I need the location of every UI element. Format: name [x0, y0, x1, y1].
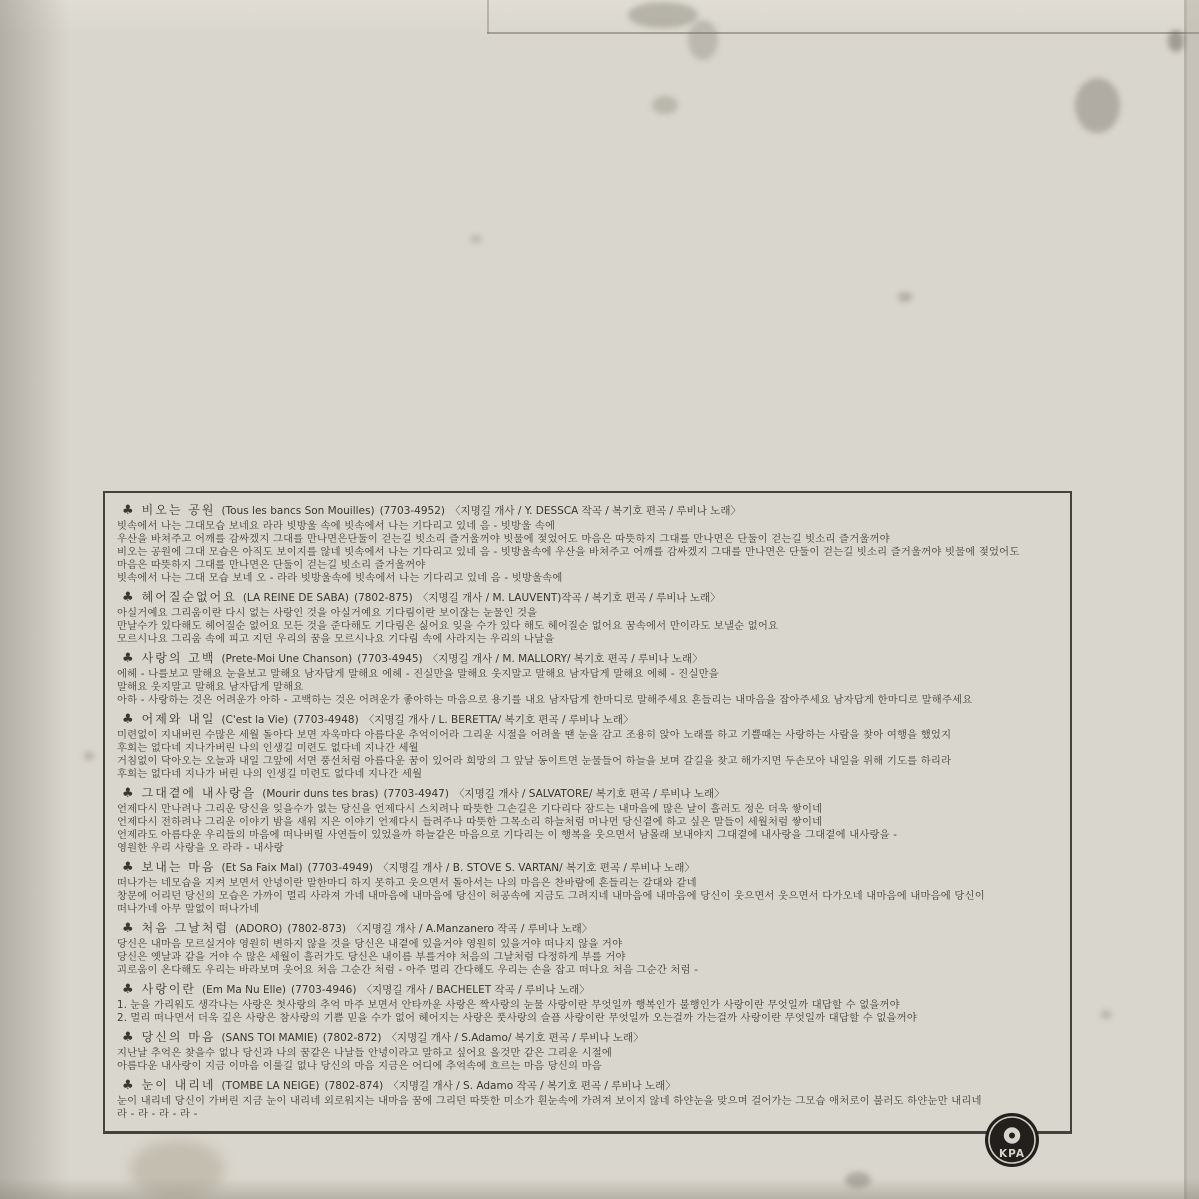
lyric-line: 만날수가 있다해도 헤어질순 없어요 모든 것을 준다해도 기다림은 싫어요 잊…: [117, 620, 1062, 633]
song-credits: 〈지명길 개사 / S. Adamo 작곡 / 복기호 편곡 / 루비나 노래〉: [388, 1080, 676, 1092]
paper-stain: [652, 96, 678, 114]
song-title-korean: 비오는 공원: [142, 503, 216, 517]
kpa-record-icon: KPA: [984, 1112, 1040, 1168]
club-suit-icon: ♣: [122, 1078, 134, 1093]
sleeve-top-seam-band: [0, 0, 1199, 33]
lyric-line: 거침없이 닥아오는 오늘과 내일 그앞에 서면 풍선처럼 아름다운 꿈이 있어라…: [117, 755, 1062, 768]
paper-stain: [898, 292, 912, 302]
catalog-number: (7802-872): [323, 1032, 382, 1044]
lyric-line: 후회는 없다네 지나가 버린 나의 인생길 미련도 없다네 지나간 세월: [117, 768, 1062, 781]
kpa-logo: KPA: [984, 1112, 1040, 1168]
lyric-line: 당신은 내마음 모르실거야 영원히 변하지 않을 것을 당신은 내곁에 있을거야…: [117, 938, 1062, 951]
paper-stain: [845, 1172, 871, 1188]
song-title-line: ♣사랑이란(Em Ma Nu Elle)(7703-4946)〈지명길 개사 /…: [122, 981, 1062, 998]
song-entry: ♣비오는 공원(Tous les bancs Son Mouilles)(770…: [117, 502, 1062, 585]
lyric-line: 마음은 따뜻하지 그대를 만나면은 단둘이 걷는길 빗소리 즐거울꺼야: [117, 559, 1062, 572]
song-credits: 〈지명길 개사 / BACHELET 작곡 / 루비나 노래〉: [361, 984, 589, 996]
lyric-line: 언제다시 전하려나 그리운 이야기 밤을 새워 지은 이야기 언제다시 들려주나…: [117, 816, 1062, 829]
song-entry: ♣헤어질순없어요(LA REINE DE SABA)(7802-875)〈지명길…: [117, 589, 1062, 646]
song-lyrics: 지난날 추억은 찾을수 없나 당신과 나의 꿈같은 나날들 안녕이라고 말하고 …: [117, 1047, 1062, 1073]
song-entry: ♣어제와 내일(C'est la Vie)(7703-4948)〈지명길 개사 …: [117, 711, 1062, 781]
club-suit-icon: ♣: [122, 712, 134, 727]
paper-stain: [1168, 30, 1184, 52]
right-edge-shade: [1187, 0, 1199, 1199]
lyric-line: 아름다운 내사랑이 지금 이마음 이룰길 없나 당신의 마음 지금은 어디에 추…: [117, 1060, 1062, 1073]
song-credits: 〈지명길 개사 / Y. DESSCA 작곡 / 복기호 편곡 / 루비나 노래…: [450, 505, 741, 517]
tracklist-box: ♣비오는 공원(Tous les bancs Son Mouilles)(770…: [103, 491, 1072, 1134]
song-title-foreign: (Em Ma Nu Elle): [202, 984, 286, 996]
paper-stain: [1100, 1010, 1112, 1019]
lyric-line: 영원한 우리 사랑을 오 라라 - 내사랑: [117, 842, 1062, 855]
catalog-number: (7703-4946): [291, 984, 356, 996]
catalog-number: (7703-4947): [384, 788, 449, 800]
catalog-number: (7802-874): [325, 1080, 384, 1092]
lyric-line: 후회는 없다네 지나가버린 나의 인생길 미련도 없다네 지나간 세월: [117, 742, 1062, 755]
lyric-line: 에헤 - 나를보고 말해요 눈을보고 말해요 남자답게 말해요 에헤 - 진실만…: [117, 668, 1062, 681]
song-title-korean: 사랑이란: [142, 982, 196, 996]
song-lyrics: 에헤 - 나를보고 말해요 눈을보고 말해요 남자답게 말해요 에헤 - 진실만…: [117, 668, 1062, 707]
paper-stain: [1075, 78, 1120, 133]
song-title-line: ♣비오는 공원(Tous les bancs Son Mouilles)(770…: [122, 502, 1062, 519]
lyric-line: 1.눈을 가리워도 생각나는 사랑은 첫사랑의 추억 마주 보면서 안타까운 사…: [117, 999, 1062, 1012]
lyric-line: 아실거예요 그리움이란 다시 없는 사랑인 것을 아실거예요 기다림이란 보이잖…: [117, 607, 1062, 620]
catalog-number: (7703-4948): [293, 714, 358, 726]
song-title-line: ♣헤어질순없어요(LA REINE DE SABA)(7802-875)〈지명길…: [122, 589, 1062, 606]
song-lyrics: 아실거예요 그리움이란 다시 없는 사랑인 것을 아실거예요 기다림이란 보이잖…: [117, 607, 1062, 646]
song-entry: ♣사랑의 고백(Prete-Moi Une Chanson)(7703-4945…: [117, 650, 1062, 707]
lyric-line: 비오는 공원에 그대 모습은 아직도 보이지를 않네 빗속에서 나는 기다리고 …: [117, 546, 1062, 559]
song-title-line: ♣사랑의 고백(Prete-Moi Une Chanson)(7703-4945…: [122, 650, 1062, 667]
song-entry: ♣처음 그날처럼(ADORO)(7802-873)〈지명길 개사 / A.Man…: [117, 920, 1062, 977]
lyric-line: 빗속에서 나는 그대모습 보네요 라라 빗방울 속에 빗속에서 나는 기다리고 …: [117, 520, 1062, 533]
song-lyrics: 빗속에서 나는 그대모습 보네요 라라 빗방울 속에 빗속에서 나는 기다리고 …: [117, 520, 1062, 585]
song-title-foreign: (C'est la Vie): [221, 714, 288, 726]
lyric-line: 모르시나요 그리움 속에 피고 지던 우리의 꿈을 모르시나요 기다림 속에 사…: [117, 633, 1062, 646]
lyric-line: 언제라도 아름다운 우리들의 마음에 떠나버릴 사연들이 있었을까 하늘같은 마…: [117, 829, 1062, 842]
song-title-foreign: (Mourir duns tes bras): [262, 788, 378, 800]
right-edge-seam: [1184, 0, 1187, 1199]
song-title-foreign: (Tous les bancs Son Mouilles): [221, 505, 374, 517]
song-lyrics: 눈이 내리네 당신이 가버린 지금 눈이 내리네 외로워지는 내마음 꿈에 그리…: [117, 1095, 1062, 1121]
paper-stain: [628, 2, 698, 28]
song-credits: 〈지명길 개사 / A.Manzanero 작곡 / 루비나 노래〉: [351, 923, 592, 935]
record-back-cover: ♣비오는 공원(Tous les bancs Son Mouilles)(770…: [0, 0, 1199, 1199]
song-title-line: ♣그대곁에 내사랑을(Mourir duns tes bras)(7703-49…: [122, 785, 1062, 802]
paper-stain: [84, 752, 94, 760]
song-title-korean: 보내는 마음: [142, 860, 216, 874]
club-suit-icon: ♣: [122, 590, 134, 605]
song-lyrics: 미련없이 지내버린 수많은 세월 돌아다 보면 자욱마다 아름다운 추억이어라 …: [117, 729, 1062, 781]
song-credits: 〈지명길 개사 / B. STOVE S. VARTAN/ 복기호 편곡 / 루…: [378, 862, 695, 874]
lyric-line: 말해요 웃지말고 말해요 남자답게 말해요: [117, 681, 1062, 694]
lyric-line: 떠나가네 아무 말없이 떠나가네: [117, 903, 1062, 916]
lyric-line-number: 2.: [117, 1012, 127, 1025]
song-title-foreign: (SANS TOI MAMIE): [221, 1032, 317, 1044]
song-credits: 〈지명길 개사 / L. BERETTA/ 복기호 편곡 / 루비나 노래〉: [364, 714, 634, 726]
song-title-korean: 헤어질순없어요: [142, 590, 237, 604]
lyric-line-number: 1.: [117, 999, 127, 1012]
song-title-line: ♣어제와 내일(C'est la Vie)(7703-4948)〈지명길 개사 …: [122, 711, 1062, 728]
sleeve-horizontal-seam: [487, 32, 1199, 34]
club-suit-icon: ♣: [122, 651, 134, 666]
song-title-foreign: (ADORO): [235, 923, 282, 935]
song-entry: ♣보내는 마음(Et Sa Faix Mal)(7703-4949)〈지명길 개…: [117, 859, 1062, 916]
song-title-korean: 눈이 내리네: [142, 1078, 216, 1092]
sleeve-vertical-seam: [487, 0, 489, 33]
song-title-line: ♣눈이 내리네(TOMBE LA NEIGE)(7802-874)〈지명길 개사…: [122, 1077, 1062, 1094]
song-title-line: ♣보내는 마음(Et Sa Faix Mal)(7703-4949)〈지명길 개…: [122, 859, 1062, 876]
paper-stain: [470, 235, 482, 243]
club-suit-icon: ♣: [122, 921, 134, 936]
club-suit-icon: ♣: [122, 1030, 134, 1045]
song-title-foreign: (TOMBE LA NEIGE): [221, 1080, 319, 1092]
left-edge-shadow: [0, 0, 70, 1199]
song-title-foreign: (Et Sa Faix Mal): [221, 862, 302, 874]
song-credits: 〈지명길 개사 / SALVATORE/ 복기호 편곡 / 루비나 노래〉: [454, 788, 725, 800]
club-suit-icon: ♣: [122, 982, 134, 997]
catalog-number: (7802-875): [354, 592, 413, 604]
song-entry: ♣당신의 마음(SANS TOI MAMIE)(7802-872)〈지명길 개사…: [117, 1029, 1062, 1073]
song-title-korean: 사랑의 고백: [142, 651, 216, 665]
song-title-korean: 어제와 내일: [142, 712, 216, 726]
lyric-line: 2.멀리 떠나면서 더욱 깊은 사랑은 참사랑의 기쁨 믿을 수가 없어 헤어지…: [117, 1012, 1062, 1025]
lyric-line: 아하 - 사랑하는 것은 어려운가 아하 - 고백하는 것은 어려운가 좋아하는…: [117, 694, 1062, 707]
lyric-line: 라 - 라 - 라 - 라 -: [117, 1108, 1062, 1121]
lyric-line: 지난날 추억은 찾을수 없나 당신과 나의 꿈같은 나날들 안녕이라고 말하고 …: [117, 1047, 1062, 1060]
lyric-line: 우산을 바쳐주고 어깨를 감싸겠지 그대를 만나면은단둘이 걷는길 빗소리 즐거…: [117, 533, 1062, 546]
lyric-line: 빗속에서 나는 그대 모습 보네 오 - 라라 빗방울속에 빗속에서 나는 기다…: [117, 572, 1062, 585]
song-credits: 〈지명길 개사 / S.Adamo/ 복기호 편곡 / 루비나 노래〉: [386, 1032, 643, 1044]
song-title-foreign: (LA REINE DE SABA): [243, 592, 349, 604]
paper-stain: [130, 1140, 225, 1199]
song-credits: 〈지명길 개사 / M. MALLORY/ 복기호 편곡 / 루비나 노래〉: [428, 653, 703, 665]
catalog-number: (7802-873): [287, 923, 346, 935]
paper-stain: [688, 20, 718, 60]
lyric-line: 눈이 내리네 당신이 가버린 지금 눈이 내리네 외로워지는 내마음 꿈에 그리…: [117, 1095, 1062, 1108]
song-lyrics: 당신은 내마음 모르실거야 영원히 변하지 않을 것을 당신은 내곁에 있을거야…: [117, 938, 1062, 977]
song-title-korean: 그대곁에 내사랑을: [142, 786, 257, 800]
lyric-line: 창문에 어리던 당신의 모습은 가까이 멀리 사라져 가네 내마음에 내마음에 …: [117, 890, 1062, 903]
catalog-number: (7703-4949): [308, 862, 373, 874]
catalog-number: (7703-4952): [380, 505, 445, 517]
lyric-line: 괴로움이 온다해도 우리는 바라보며 웃어요 처음 그순간 처럼 - 아주 멀리…: [117, 964, 1062, 977]
song-title-line: ♣처음 그날처럼(ADORO)(7802-873)〈지명길 개사 / A.Man…: [122, 920, 1062, 937]
club-suit-icon: ♣: [122, 786, 134, 801]
song-lyrics: 1.눈을 가리워도 생각나는 사랑은 첫사랑의 추억 마주 보면서 안타까운 사…: [117, 999, 1062, 1025]
lyric-line: 미련없이 지내버린 수많은 세월 돌아다 보면 자욱마다 아름다운 추억이어라 …: [117, 729, 1062, 742]
lyric-line: 언제다시 만나려나 그리운 당신을 잊을수가 없는 당신을 언제다시 스치려나 …: [117, 803, 1062, 816]
lyric-line: 떠나가는 네모습을 지켜 보면서 안녕이란 말한마디 하지 못하고 웃으면서 돌…: [117, 877, 1062, 890]
song-title-line: ♣당신의 마음(SANS TOI MAMIE)(7802-872)〈지명길 개사…: [122, 1029, 1062, 1046]
song-lyrics: 떠나가는 네모습을 지켜 보면서 안녕이란 말한마디 하지 못하고 웃으면서 돌…: [117, 877, 1062, 916]
lyric-line: 당신은 옛날과 같을 거야 수 많은 세월이 흘러가도 당신은 내이름 부를거야…: [117, 951, 1062, 964]
song-title-korean: 처음 그날처럼: [142, 921, 229, 935]
club-suit-icon: ♣: [122, 503, 134, 518]
song-entry: ♣그대곁에 내사랑을(Mourir duns tes bras)(7703-49…: [117, 785, 1062, 855]
song-entry: ♣사랑이란(Em Ma Nu Elle)(7703-4946)〈지명길 개사 /…: [117, 981, 1062, 1025]
catalog-number: (7703-4945): [357, 653, 422, 665]
song-credits: 〈지명길 개사 / M. LAUVENT)작곡 / 복기호 편곡 / 루비나 노…: [418, 592, 721, 604]
song-title-korean: 당신의 마음: [142, 1030, 216, 1044]
song-lyrics: 언제다시 만나려나 그리운 당신을 잊을수가 없는 당신을 언제다시 스치려나 …: [117, 803, 1062, 855]
song-entry: ♣눈이 내리네(TOMBE LA NEIGE)(7802-874)〈지명길 개사…: [117, 1077, 1062, 1121]
club-suit-icon: ♣: [122, 860, 134, 875]
kpa-logo-text: KPA: [999, 1148, 1025, 1160]
song-title-foreign: (Prete-Moi Une Chanson): [221, 653, 352, 665]
